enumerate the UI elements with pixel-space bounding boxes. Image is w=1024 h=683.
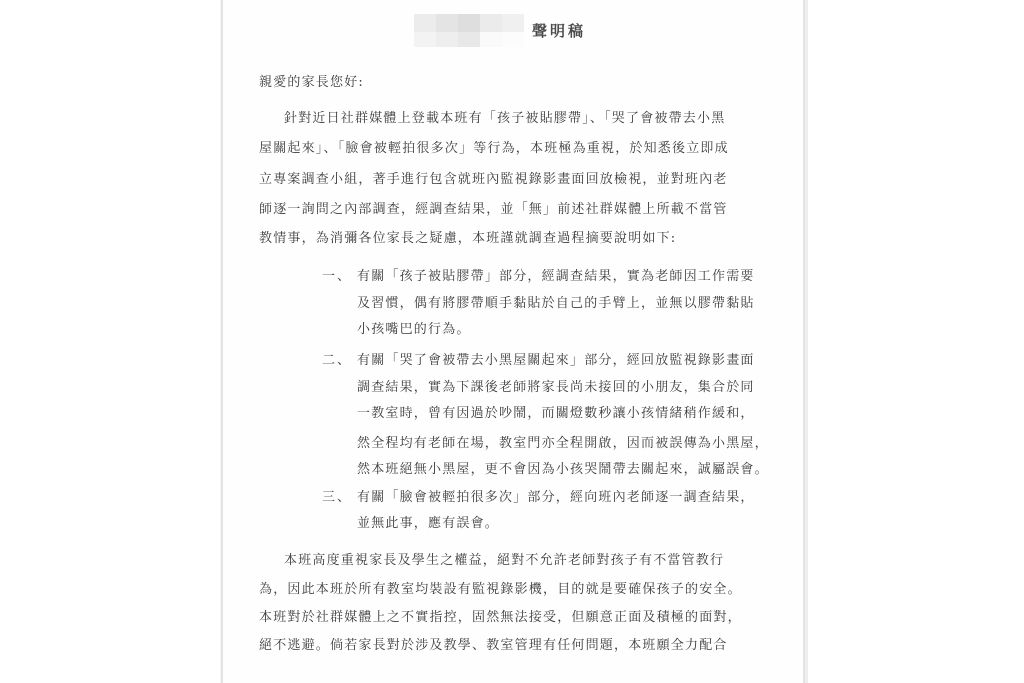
intro-line: 立專案調查小組，著手進行包含就班內監視錄影畫面回放檢視，並對班內老 <box>259 168 728 187</box>
item-number: 二、 <box>322 349 352 368</box>
closing-line: 為，因此本班於所有教室均裝設有監視錄影機，目的就是要確保孩子的安全。 <box>259 578 742 597</box>
item-line: 有關「孩子被貼膠帶」部分，經調查結果，實為老師因工作需要 <box>357 265 755 284</box>
closing-line: 本班高度重視家長及學生之權益，絕對不允許老師對孩子有不當管教行 <box>284 549 724 568</box>
item-line: 然全程均有老師在場，教室門亦全程開啟，因而被誤傳為小黑屋， <box>357 432 769 451</box>
item-number: 一、 <box>322 265 352 284</box>
item-line: 並無此事，應有誤會。 <box>357 512 499 531</box>
item-line: 然本班絕無小黑屋，更不會因為小孩哭鬧帶去關起來，誠屬誤會。 <box>357 458 769 477</box>
redacted-school-name <box>414 14 524 47</box>
item-line: 調查結果，實為下課後老師將家長尚未接回的小朋友，集合於同 <box>357 376 755 395</box>
document-viewer: 聲明稿 親愛的家長您好: 針對近日社群媒體上登載本班有「孩子被貼膠帶」、「哭了會… <box>0 0 1024 683</box>
greeting: 親愛的家長您好: <box>259 71 364 90</box>
item-line: 及習慣，偶有將膠帶順手黏貼於自己的手臂上，並無以膠帶黏貼 <box>357 292 755 311</box>
page-edge-shadow <box>805 0 808 683</box>
item-line: 小孩嘴巴的行為。 <box>357 318 471 337</box>
item-number: 三、 <box>322 486 352 505</box>
intro-line: 針對近日社群媒體上登載本班有「孩子被貼膠帶」、「哭了會被帶去小黑 <box>284 107 725 126</box>
item-line: 一教室時，曾有因過於吵鬧，而關燈數秒讓小孩情緒稍作緩和， <box>357 402 755 421</box>
item-line: 有關「臉會被輕拍很多次」部分，經向班內老師逐一調查結果， <box>357 486 755 505</box>
intro-line: 屋關起來」、「臉會被輕拍很多次」等行為，本班極為重視，於知悉後立即成 <box>259 137 729 156</box>
item-line: 有關「哭了會被帶去小黑屋關起來」部分，經回放監視錄影畫面 <box>357 349 755 368</box>
intro-line: 教情事，為消彌各位家長之疑慮，本班謹就調查過程摘要說明如下: <box>259 227 676 246</box>
closing-line: 本班對於社群媒體上之不實指控，固然無法接受，但願意正面及積極的面對， <box>259 606 742 625</box>
document-title: 聲明稿 <box>532 20 586 41</box>
intro-line: 師逐一詢問之內部調查，經調查結果，並「無」前述社群媒體上所載不當管 <box>259 198 728 217</box>
closing-line: 絕不逃避。倘若家長對於涉及教學、教室管理有任何問題，本班願全力配合 <box>259 634 728 653</box>
